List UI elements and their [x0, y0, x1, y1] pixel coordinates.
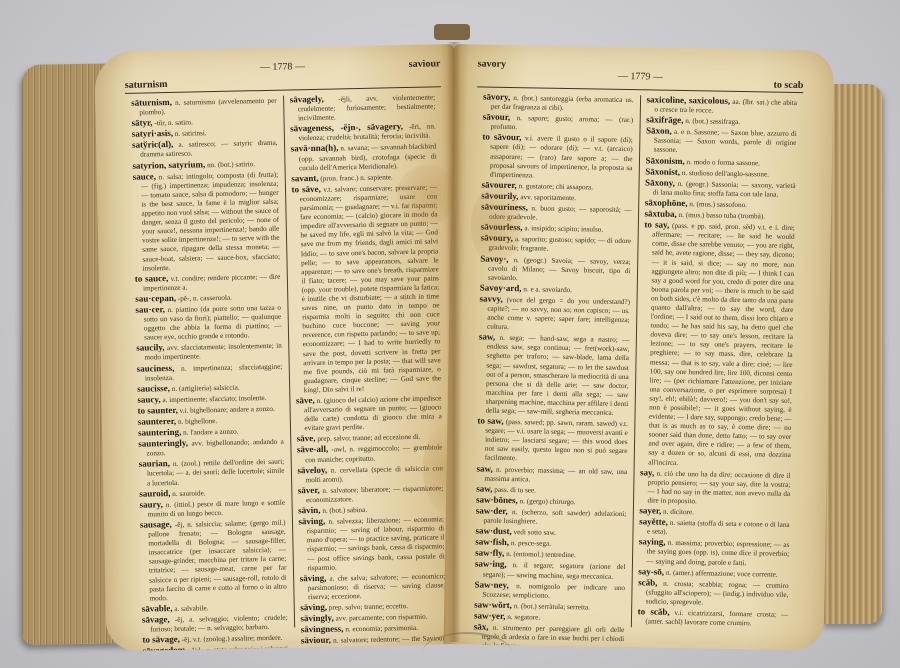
headword: saw,	[477, 463, 493, 473]
definition: (pass. sawed; pp. sawn, raram. sawed) v.…	[485, 418, 628, 463]
definition: nn. (bot.) satirio.	[205, 160, 255, 169]
definition: n. (giuoco del calcio) azione che impedi…	[304, 394, 442, 432]
definition: n. (gergo) chirurgo.	[518, 497, 576, 506]
headword: saw·der,	[476, 505, 508, 516]
headword: to sāve,	[291, 184, 320, 195]
headword: savvy,	[479, 293, 502, 303]
headword: say-sō,	[638, 566, 664, 576]
definition: prep. salvo; tranne; ad eccezione di.	[315, 433, 420, 443]
headword: say,	[640, 467, 654, 477]
headword: to saw,	[477, 416, 503, 426]
headword: sausage,	[140, 519, 172, 530]
definition: n. (geogr.) Sassonia; — saxony, varietà …	[653, 180, 796, 199]
definition: n. ciò che uno ha da dire; occasione di …	[647, 469, 790, 505]
definition: n. (bot.) santoreggia (erba aromatica us…	[491, 94, 634, 112]
headword: sāvory,	[483, 92, 510, 102]
headword: saw·bōnes,	[476, 494, 518, 505]
headword: satyrion, satyrium,	[132, 159, 205, 171]
headword: sāxtuba,	[644, 208, 676, 219]
dictionary-entry: sāver, n. salvatore; liberatore; — rispa…	[298, 483, 444, 505]
dictionary-entry: scăb, n. crosta; scabbia; rogna; — crumi…	[638, 578, 789, 609]
dictionary-entry: saurian, n. (zool.) rettile dell'ordine …	[139, 457, 285, 488]
definition: n. economia; parsimonia.	[343, 624, 418, 634]
headword: sauciness,	[137, 362, 175, 373]
dictionary-entry: Sāxon, a. e n. Sassone; — Saxon blue, az…	[646, 127, 797, 158]
dictionary-entry: to scăb, v.i. cicatrizzarsi, formare cro…	[637, 607, 788, 629]
left-page: saturnism — 1778 — saviour sāturnism, n.…	[94, 44, 466, 651]
definition: n. studioso dell'anglo-sassone.	[680, 169, 769, 179]
headword: sāviour,	[301, 635, 331, 646]
headword: saunterer,	[138, 416, 176, 427]
headword: saw·wŏrt,	[474, 599, 512, 610]
dictionary-entry: sau·cer, n. piattino (da porre sotto una…	[135, 303, 281, 343]
headword: sāxophōne,	[645, 197, 688, 208]
dictionary-entry: to sāvour, v.i. avere il gusto o il sapo…	[482, 133, 633, 182]
headword: saucily,	[136, 342, 164, 353]
definition: vedi sotto saw.	[512, 528, 556, 537]
definition: (pass. e pp. said, pron. sĕd) v.t. e i. …	[648, 222, 795, 467]
headword: sauntering,	[138, 427, 181, 438]
definition: n. (artiglieria) salsiccia.	[170, 383, 240, 392]
definition: n. salvezza; liberazione; — economia; ri…	[307, 515, 445, 571]
definition: a. che salva; salvatore; — economico; pa…	[308, 572, 446, 601]
headword: sāveloy,	[297, 464, 327, 475]
dictionary-entry: saucily, avv. sfacciatamente; insolentem…	[136, 341, 282, 363]
right-page: savory — 1779 — to scab sāvory, n. (bot.…	[444, 44, 834, 651]
column-1: sāvory, n. (bot.) santoreggia (erba arom…	[468, 92, 640, 627]
definition: avv. saporitamente.	[519, 193, 577, 202]
definition: n. (entomol.) tentredine.	[504, 550, 576, 559]
definition: n. sauroide.	[170, 489, 205, 498]
definition: (voce del gergo = do you understand?) ca…	[487, 296, 630, 331]
headword: sāxifrāge,	[646, 115, 683, 126]
headword: saw·ing,	[475, 559, 507, 570]
headword: sāving,	[300, 572, 327, 583]
dictionary-entry: sāturnism, n. saturnismo (avvelenamento …	[131, 96, 277, 118]
headword: Sāxonist,	[645, 166, 680, 177]
definition: (pron. franc.) n. sapiente.	[318, 173, 392, 183]
headword: Saw·ney,	[474, 579, 508, 590]
headword: to scăb,	[638, 606, 670, 617]
dictionary-entry: sāvageness, -ĕjn-, sāvagery, -ĕri, nn. v…	[290, 122, 436, 144]
definition: n. e a. savoiardo.	[521, 285, 572, 294]
definition: n. l'andare a zonzo.	[181, 428, 238, 437]
loose-threads	[422, 632, 512, 668]
dictionary-entry: sāve, n. (giuoco del calcio) azione che …	[296, 393, 442, 433]
definition: n. (bot.) sabina.	[320, 506, 367, 515]
definition: -tŭr, n. satiro.	[152, 119, 193, 128]
definition: n. sapore; gusto; aroma; — (rar.) profum…	[490, 114, 633, 131]
headword: sau·cer,	[135, 304, 165, 315]
headword: saurian,	[139, 458, 170, 469]
headword: saw,	[476, 483, 492, 493]
headword: to sāvage,	[142, 634, 180, 645]
headword: Savoy·ard,	[480, 282, 522, 293]
dictionary-entry: savvy, (voce del gergo = do you understa…	[479, 294, 630, 334]
dictionary-entry: sāvour, n. sapore; gusto; aroma; — (rar.…	[482, 113, 633, 135]
definition: n. dicitore.	[661, 508, 694, 517]
definition: n. (bot.) serràtula; serretta.	[512, 602, 590, 611]
page-number: — 1779 —	[618, 71, 663, 83]
dictionary-entry: to sauce, v.t. condire; rendere piccante…	[135, 271, 281, 293]
headword: saw·dust,	[475, 526, 511, 537]
headword: to sāvour,	[482, 132, 521, 143]
headword: saury,	[139, 499, 162, 509]
headword: sāturnism,	[131, 97, 172, 108]
dictionary-entry: sāving, n. salvezza; liberazione; — econ…	[298, 514, 445, 573]
column-1: sāturnism, n. saturnismo (avvelenamento …	[125, 96, 294, 631]
headword: sāvingly,	[300, 613, 333, 624]
definition: n. piattino (da porre sotto una tazza o …	[144, 304, 282, 342]
right-page-header: savory — 1779 — to scab	[477, 58, 803, 93]
headword: sāvagely,	[290, 94, 324, 105]
definition: n. satirinsi.	[173, 129, 207, 138]
dictionary-entry: satўric(al), a. satiresco; — satyric dra…	[132, 138, 278, 160]
left-page-header: saturnism — 1778 — saviour	[124, 58, 441, 94]
headword: saunteringly,	[138, 438, 188, 449]
definition: prep. salvo; tranne; eccetto.	[327, 602, 408, 612]
definition: avv. sfacciatamente; insolentemente; in …	[144, 342, 281, 362]
definition: n. gustatore; chi assapora.	[517, 182, 593, 191]
headword: to sauce,	[135, 273, 169, 284]
definition: n. proverbio; massima; — an old saw, una…	[484, 465, 627, 483]
headword: saxicoline, saxicolous,	[646, 94, 730, 105]
book-gutter	[447, 42, 461, 642]
dictionary-entry: Sāxony, n. (geogr.) Sassonia; — saxony, …	[645, 178, 796, 200]
headword: Sāxony,	[645, 177, 675, 188]
dictionary-entry: sāveloy, n. cervellata (specie di salsic…	[297, 463, 443, 485]
right-page-columns: sāvory, n. (bot.) santoreggia (erba arom…	[468, 92, 803, 630]
dictionary-entry: sāvory, n. (bot.) santoreggia (erba arom…	[483, 93, 634, 115]
definition: n. (amer.) affermazione; voce corrente.	[664, 568, 778, 578]
dictionary-entry: sāve-all, -awl, n. reggimoccolo; — gremb…	[297, 443, 443, 465]
dictionary-entry: to saw, (pass. sawed; pp. sawn, raram. s…	[477, 417, 628, 466]
guide-word-left: saturnism	[125, 79, 168, 91]
headword: sāvable,	[142, 603, 173, 614]
dictionary-entry: saury, n. (ittiol.) pesce di mare lungo …	[139, 497, 285, 519]
dictionary-entry: sāvagedom, -ĕjd-, n. stato selvaggio; i …	[143, 644, 289, 652]
headword: sayer,	[639, 505, 661, 515]
definition: v.i. bighellonare; andare a zonzo.	[178, 405, 275, 415]
definition: -ĕj, n. salsiccia; salame; (gergo mil.) …	[148, 519, 287, 603]
definition: n. saietta (stoffa di seta e cotone o di…	[647, 519, 790, 536]
headword: sayĕtte,	[639, 516, 668, 527]
definition: -pĕ-, n. casseruola.	[176, 294, 232, 303]
guide-word-right: saviour	[409, 58, 441, 70]
headword: Sāxon,	[646, 126, 672, 136]
definition: n. pesce-sega.	[509, 539, 551, 548]
column-2: saxicoline, saxicolous, aa. (lbr. sat.) …	[630, 95, 803, 630]
headword: sāver,	[298, 485, 320, 495]
headword: scăb,	[638, 577, 657, 587]
definition: n. (ittiol.) pesce di mare lungo e sotti…	[148, 498, 285, 518]
headword: sātyr,	[131, 118, 152, 128]
headword: sāvour,	[483, 112, 511, 122]
dictionary-entry: sāving, a. che salva; salvatore; — econo…	[300, 571, 446, 602]
dictionary-entry: saw, n. proverbio; massima; — an old saw…	[476, 464, 627, 486]
definition: -ĕj, a. selvaggio; violento; crudele; fu…	[150, 613, 287, 633]
headword: sāvage,	[142, 614, 170, 625]
definition: n. (mus.) basso tuba (trombà).	[677, 211, 765, 221]
spine-top	[434, 24, 470, 40]
page-number: — 1778 —	[260, 61, 305, 73]
definition: n. crosta; scabbia; rogna; — crumiro (sf…	[646, 579, 789, 606]
definition: n. salvatore; liberatore; — risparmiator…	[306, 484, 443, 504]
definition: a. e n. Sassone; — Saxon blue, azzurro d…	[654, 128, 797, 154]
headword: sau·cepan,	[135, 293, 176, 304]
headword: Sāxonism,	[645, 155, 684, 166]
headword: sāx,	[474, 621, 489, 631]
dictionary-entry: say, n. ciò che uno ha da dire; occasion…	[639, 468, 790, 508]
definition: n. salsa; intingolo; composta (di frutta…	[141, 170, 280, 272]
definition: a. insipido; scipito; insulso.	[522, 224, 603, 233]
dictionary-entry: saunteringly, avv. bighellonando; andand…	[138, 437, 284, 459]
headword: sāvingness,	[301, 624, 344, 635]
definition: a. salvabile.	[172, 604, 208, 613]
dictionary-entry: to say, (pass. e pp. said, pron. sĕd) v.…	[640, 220, 795, 469]
definition: pass. di to see.	[492, 485, 536, 494]
dictionary-entry: sauce, n. salsa; intingolo; composta (di…	[133, 169, 281, 273]
dictionary-entry: Saw·ney, n. nomignolo per indicare uno S…	[474, 580, 625, 602]
headword: sauce,	[133, 171, 156, 181]
headword: saw·fish,	[475, 537, 509, 548]
dictionary-entry: saw·ing, n. il segare; segatura (azione …	[475, 560, 626, 582]
definition: n. (bot.) sassifraga.	[683, 117, 740, 126]
dictionary-entry: saw, n. sega; — hand-saw, sega a nastro;…	[478, 333, 630, 418]
definition: -ĕj, v.t. (zoolog.) assalire; mordere.	[180, 634, 283, 644]
headword: sāving,	[300, 602, 327, 613]
headword: saw,	[479, 332, 495, 342]
headword: sauroid,	[139, 488, 170, 499]
headword: saying,	[639, 537, 666, 547]
headword: saw·yer,	[474, 610, 506, 621]
headword: saw·fly,	[475, 548, 504, 559]
headword: savant,	[291, 173, 318, 184]
headword: sāvin,	[298, 505, 320, 515]
definition: n. (mus.) sassofono.	[687, 200, 747, 209]
headword: saucisse,	[137, 383, 170, 394]
dictionary-entry: sāvagely, -ĕjli, avv. violentemente; cru…	[290, 92, 436, 123]
dictionary-entry: saying, n. massima; proverbio; espressio…	[638, 538, 789, 569]
dictionary-entry: saw·der, n. (scherzo, soft sawder) adula…	[476, 506, 627, 528]
headword: sāvagedom,	[143, 645, 188, 652]
open-dictionary: saturnism — 1778 — saviour sāturnism, n.…	[22, 14, 882, 644]
headword: to say,	[644, 219, 669, 229]
headword: sāving,	[298, 516, 325, 527]
definition: n. segatore.	[505, 613, 540, 622]
definition: avv. parcamente; con risparmio.	[334, 613, 428, 623]
definition: n. modo o forma sassone.	[685, 158, 760, 167]
definition: n. massima; proverbio; espressione; — as…	[646, 539, 789, 567]
definition: n. (geogr.) Savoia; — savoy, verza; cavo…	[488, 255, 631, 281]
headword: sāve,	[297, 433, 316, 443]
headword: sāve,	[296, 395, 315, 405]
headword: satyri·asis,	[132, 128, 173, 139]
dictionary-entry: saxicoline, saxicolous, aa. (lbr. sat.) …	[646, 95, 797, 117]
headword: sāve-all,	[297, 444, 328, 455]
headword: satўric(al),	[132, 139, 173, 150]
definition: n. sega; — hand-saw, sega a nastro; — en…	[486, 334, 630, 417]
dictionary-entry: sayĕtte, n. saietta (stoffa di seta e co…	[639, 517, 790, 539]
guide-word-right: to scab	[774, 80, 804, 92]
headword: savā·nna(h),	[291, 143, 339, 154]
dictionary-entry: sausage, -ĕj, n. salsiccia; salame; (ger…	[140, 518, 287, 604]
dictionary-entry: sāvage, -ĕj, a. selvaggio; violento; cru…	[142, 612, 288, 634]
headword: saucy,	[137, 394, 160, 404]
headword: to saunter,	[138, 405, 178, 416]
guide-word-left: savory	[478, 58, 507, 69]
definition: a. impertinente; sfacciato; insolente.	[161, 394, 267, 404]
definition: n. bighellone.	[176, 417, 217, 426]
left-page-columns: sāturnism, n. saturnismo (avvelenamento …	[125, 92, 452, 631]
dictionary-entry: sauciness, n. impertinenza; sfacciataggi…	[137, 361, 283, 383]
